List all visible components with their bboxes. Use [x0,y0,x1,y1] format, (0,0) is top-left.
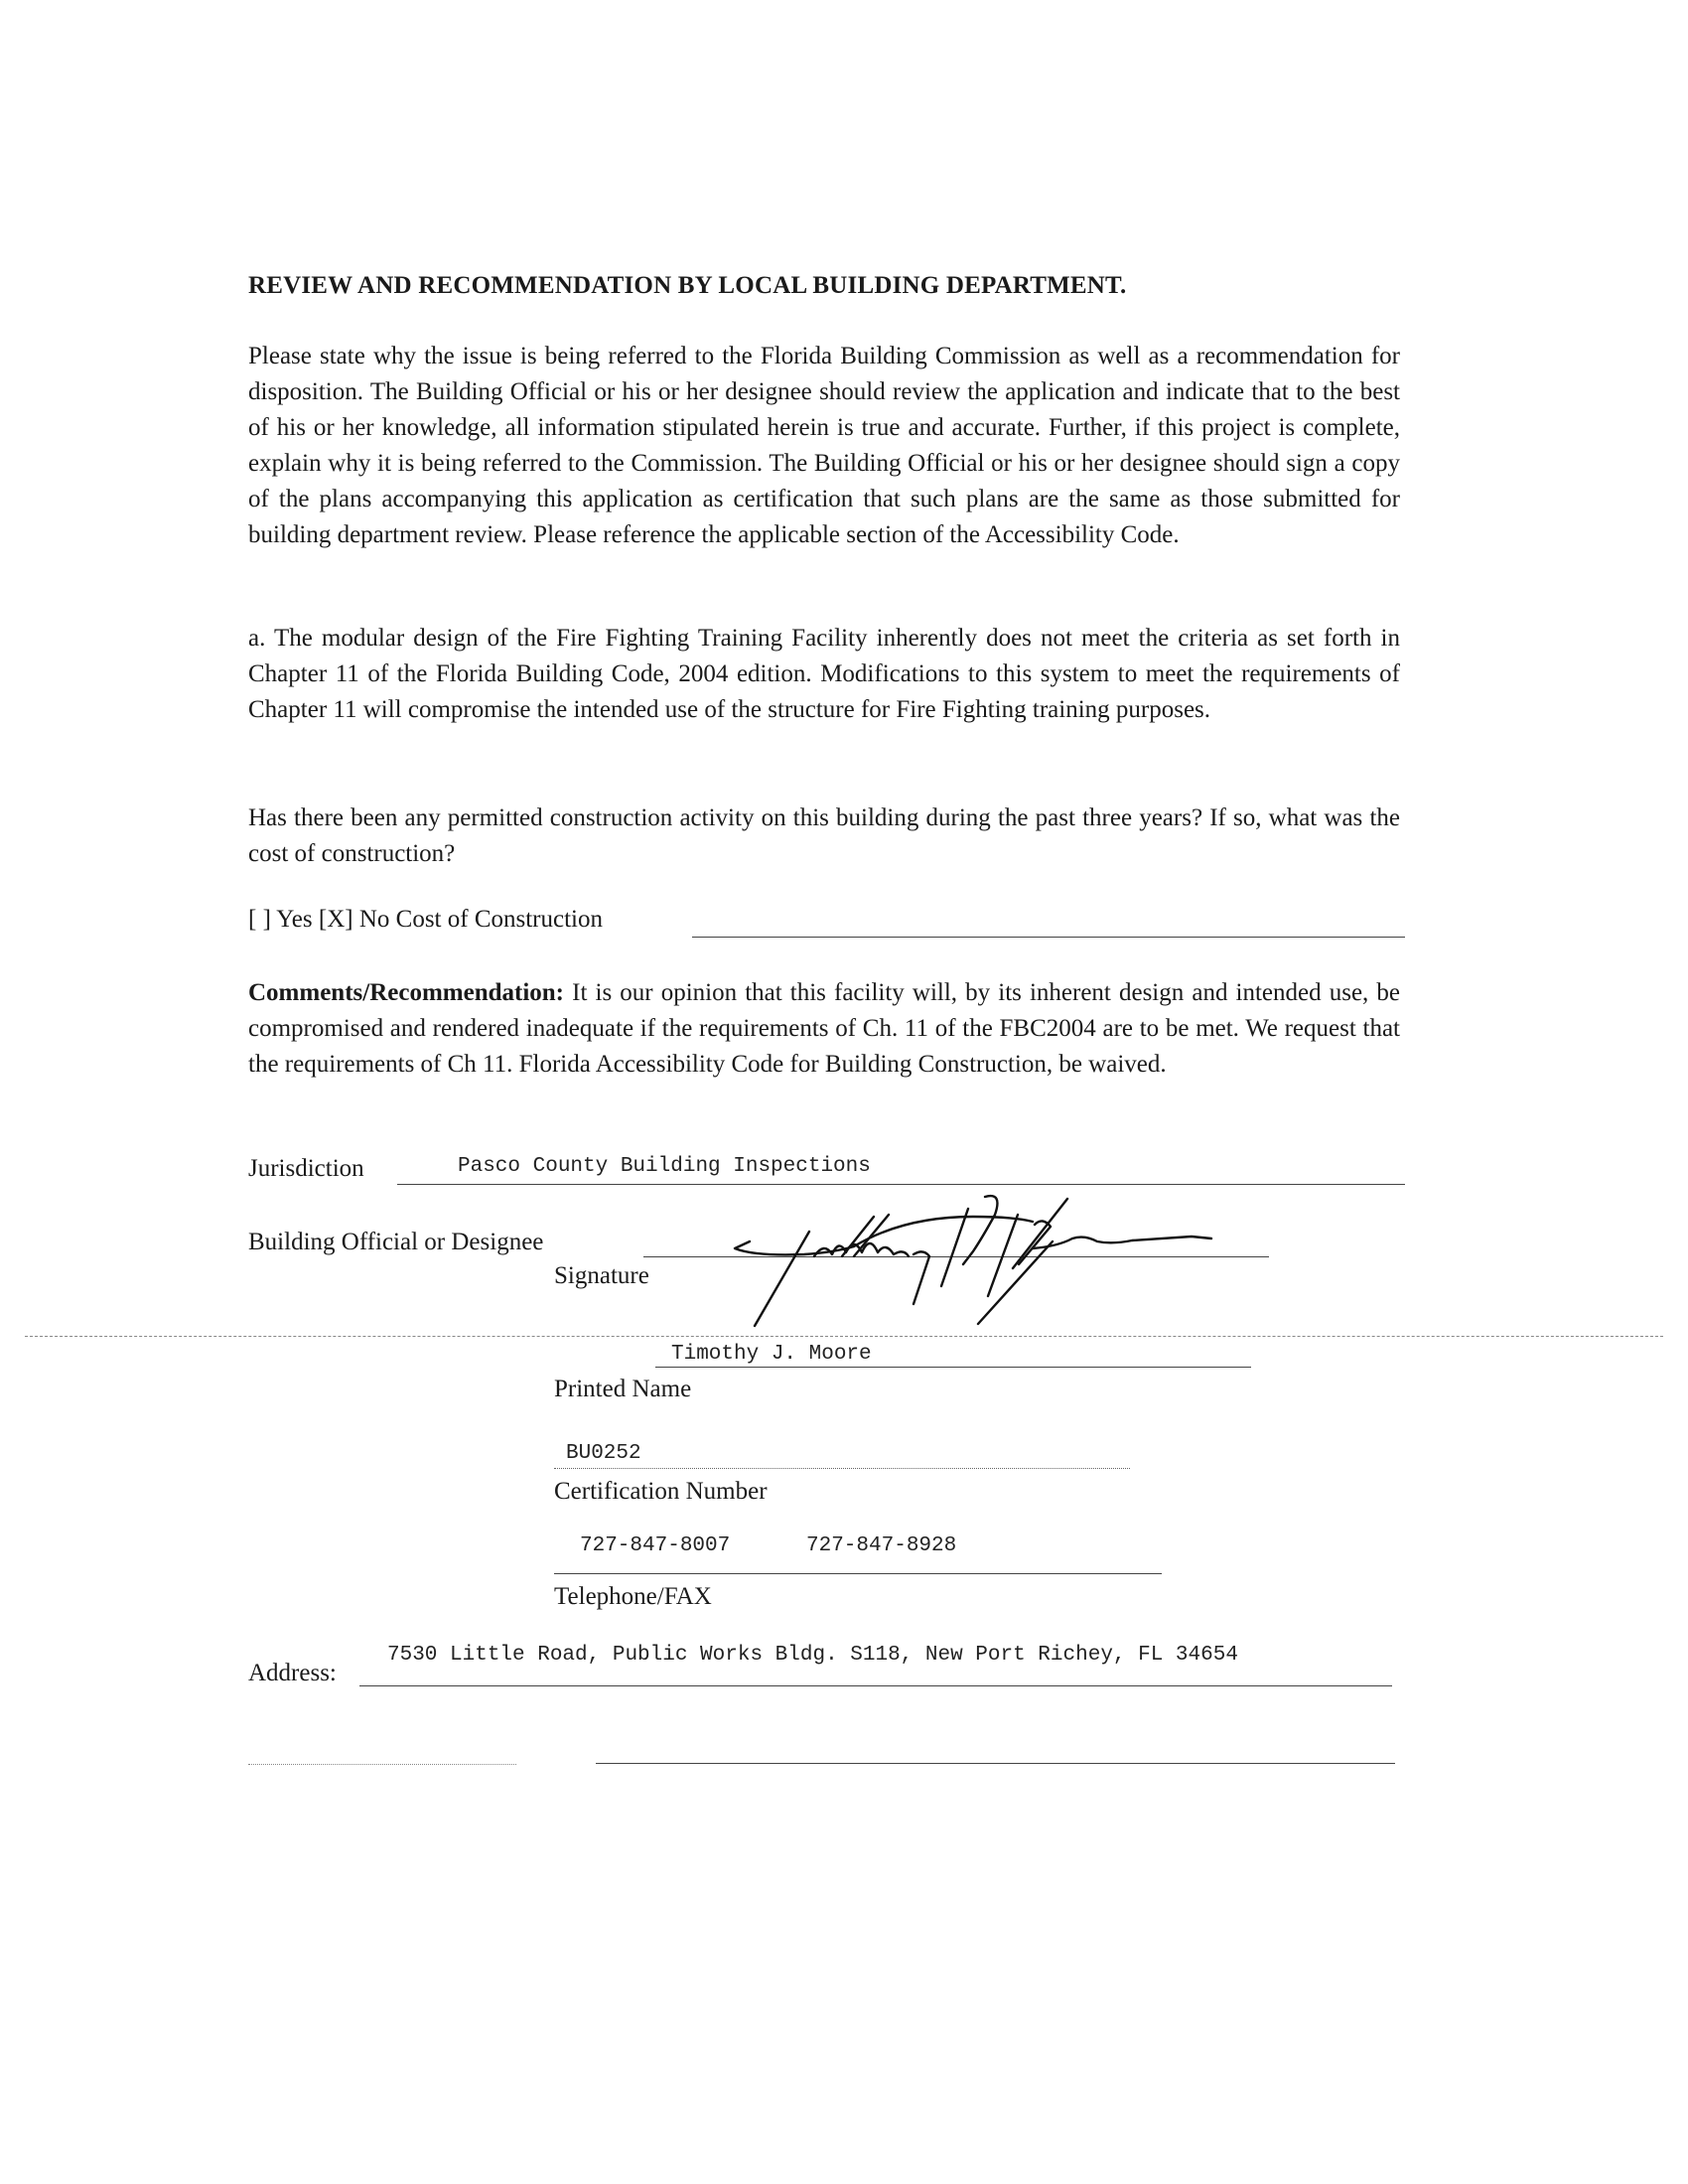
certification-underline [554,1468,1130,1469]
item-a-paragraph: a. The modular design of the Fire Fighti… [248,621,1400,728]
jurisdiction-field[interactable]: Pasco County Building Inspections [458,1155,871,1178]
comments-label: Comments/Recommendation: [248,979,564,1006]
yes-no-row: [ ] Yes [X] No Cost of Construction [248,906,603,934]
telephone-field[interactable]: 727-847-8007 [580,1534,730,1557]
no-checkbox[interactable]: [X] [319,906,353,933]
jurisdiction-label: Jurisdiction [248,1155,364,1183]
construction-question: Has there been any permitted constructio… [248,801,1400,872]
instructions-paragraph: Please state why the issue is being refe… [248,339,1400,553]
address-field[interactable]: 7530 Little Road, Public Works Bldg. S11… [387,1644,1238,1667]
certification-number-label: Certification Number [554,1478,768,1506]
address-line-2-right[interactable] [596,1763,1395,1764]
cost-of-construction-field[interactable] [692,937,1405,938]
building-official-label: Building Official or Designee [248,1229,543,1256]
comments-paragraph: Comments/Recommendation: It is our opini… [248,975,1400,1083]
document-page: REVIEW AND RECOMMENDATION BY LOCAL BUILD… [0,0,1688,2184]
address-line-2-left[interactable] [248,1764,516,1765]
jurisdiction-underline [397,1184,1405,1185]
page-title: REVIEW AND RECOMMENDATION BY LOCAL BUILD… [248,272,1127,300]
no-label: No [359,906,390,933]
telephone-fax-label: Telephone/FAX [554,1583,712,1611]
cost-of-construction-label: Cost of Construction [396,906,603,933]
printed-name-underline [655,1367,1251,1368]
telephone-underline [554,1573,1162,1574]
signature-label: Signature [554,1262,649,1290]
certification-number-field[interactable]: BU0252 [566,1442,641,1465]
handwritten-signature [715,1187,1271,1336]
page-separator-line [25,1336,1663,1337]
fax-field[interactable]: 727-847-8928 [806,1534,956,1557]
yes-checkbox[interactable]: [ ] [248,906,271,933]
address-underline [359,1685,1392,1686]
yes-label: Yes [276,906,312,933]
printed-name-label: Printed Name [554,1376,691,1403]
address-label: Address: [248,1660,337,1687]
printed-name-field[interactable]: Timothy J. Moore [671,1343,872,1366]
